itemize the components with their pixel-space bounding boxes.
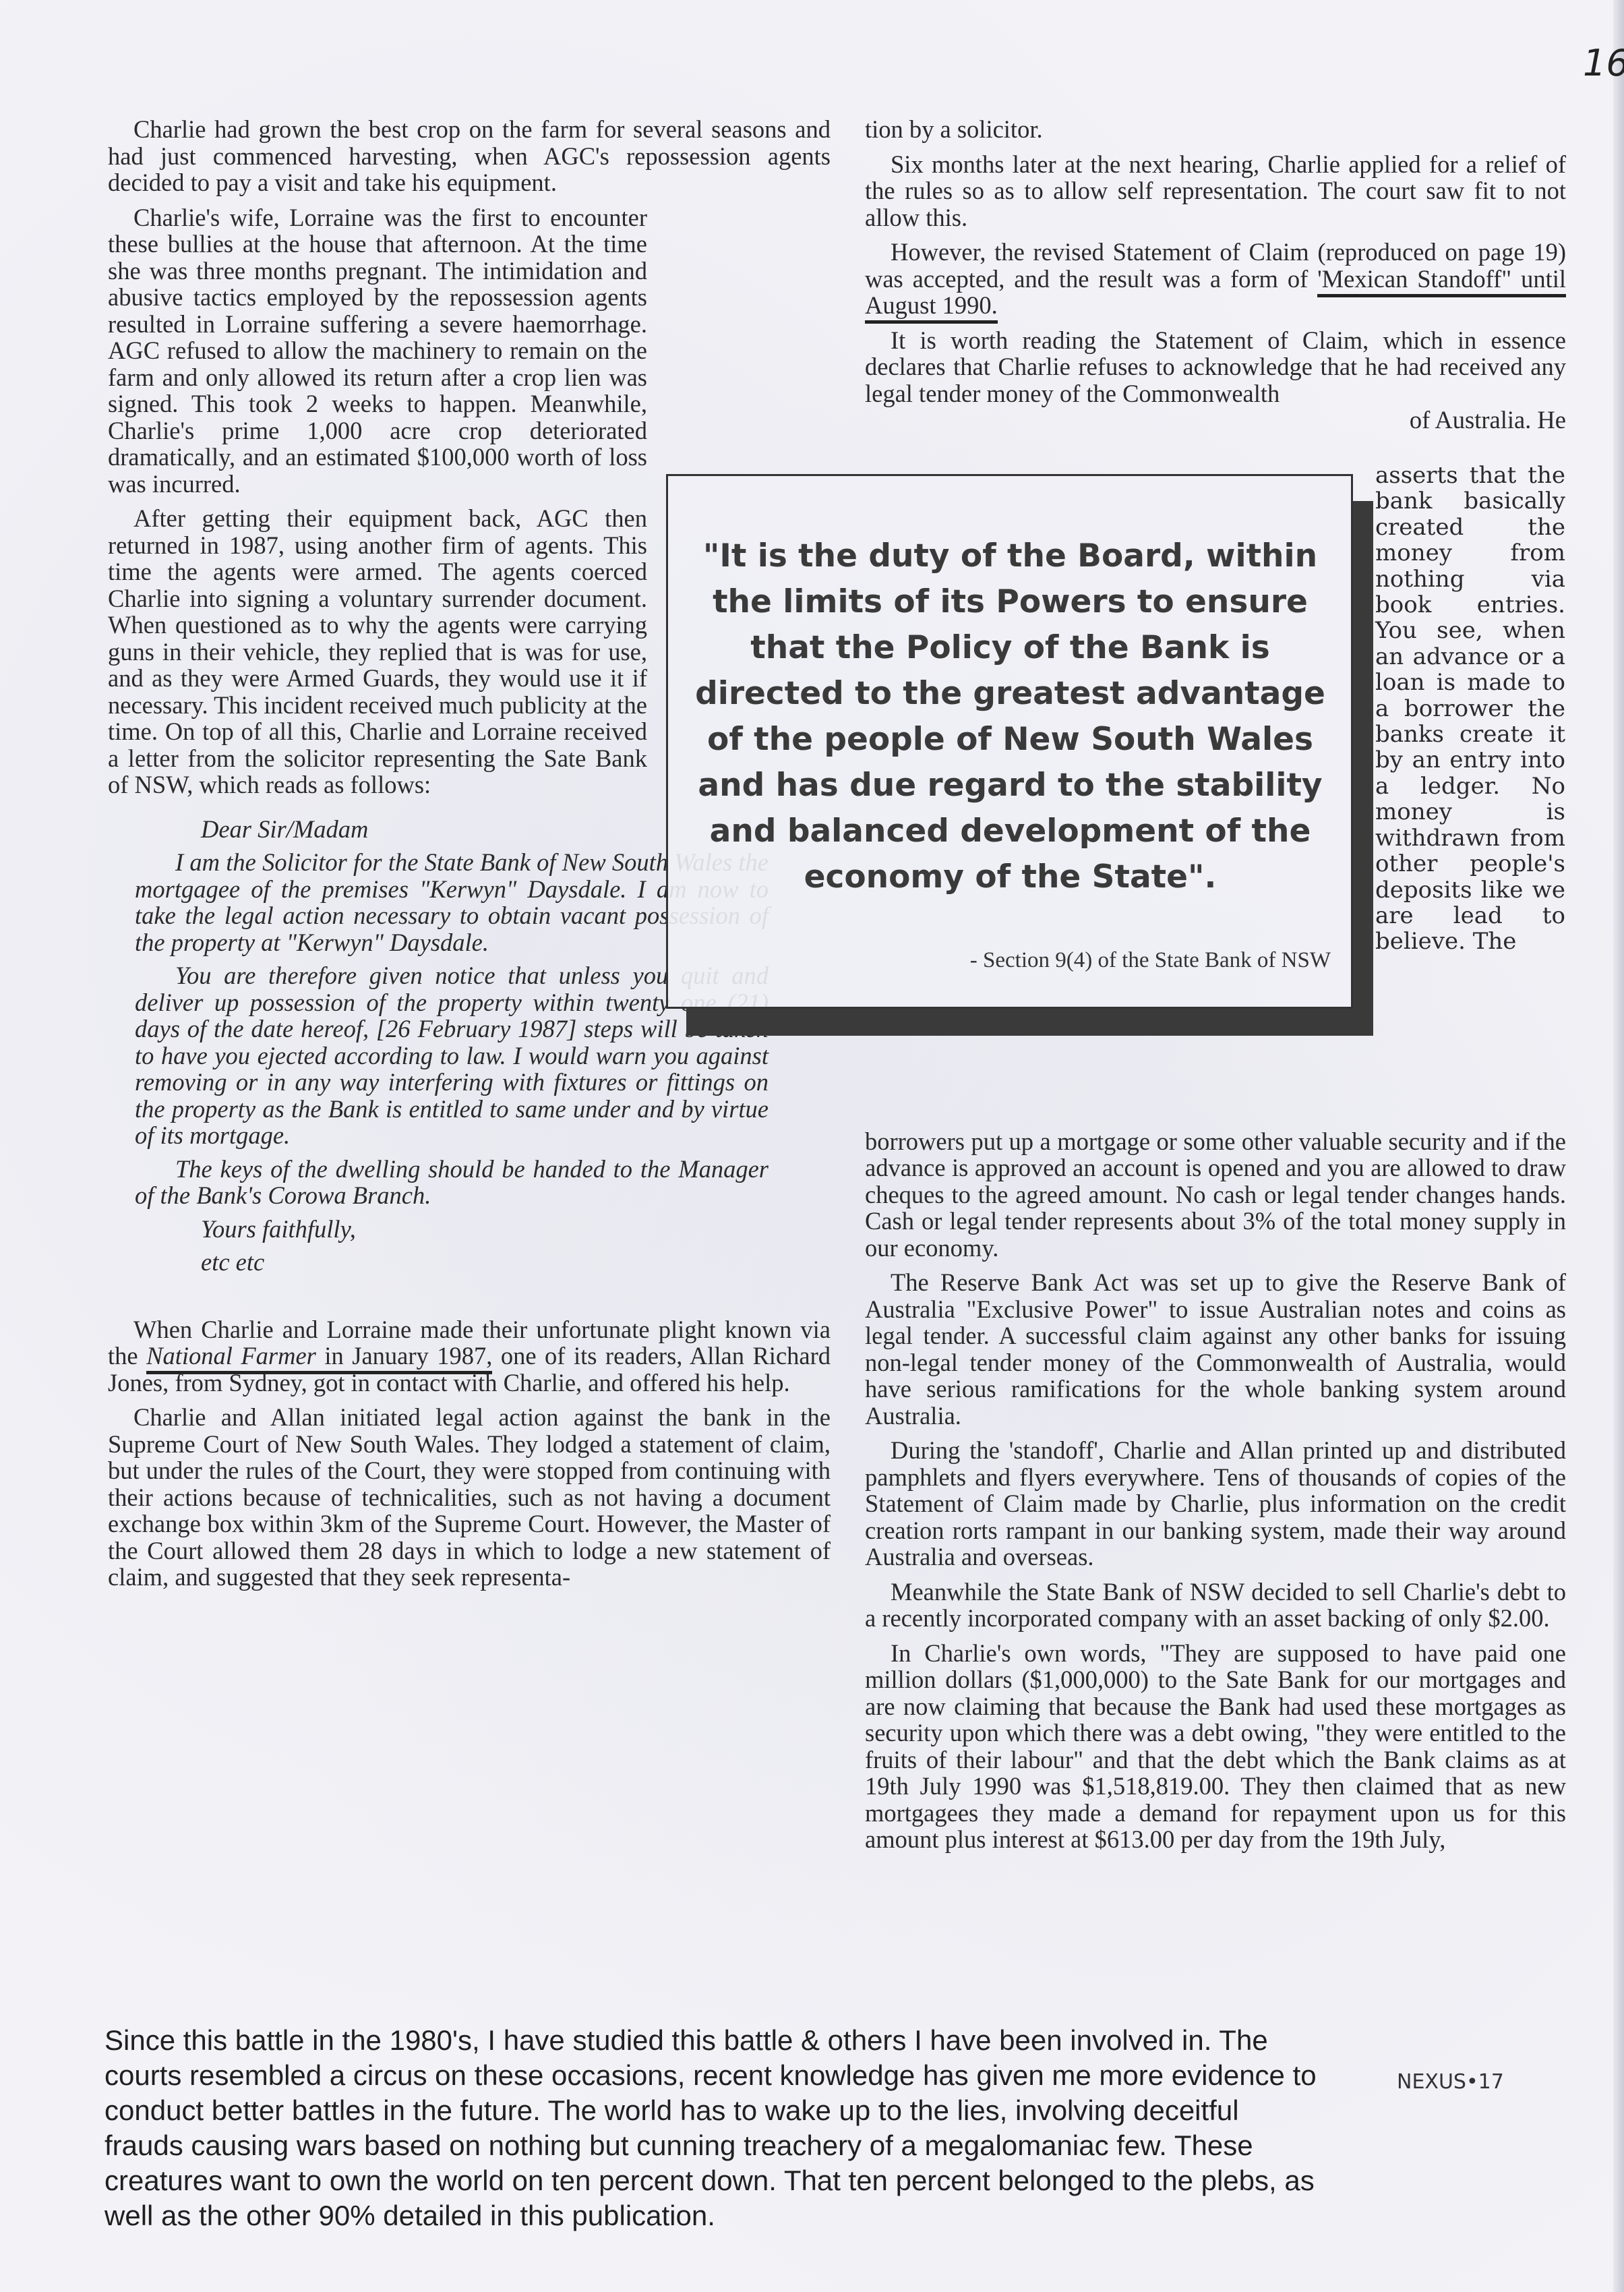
paragraph: Charlie had grown the best crop on the f… xyxy=(108,116,831,196)
paragraph: Meanwhile the State Bank of NSW decided … xyxy=(865,1579,1566,1632)
paragraph: borrowers put up a mortgage or some othe… xyxy=(865,1128,1566,1262)
handwritten-page-number: 16 xyxy=(1583,42,1624,84)
paragraph: When Charlie and Lorraine made their unf… xyxy=(108,1316,831,1397)
wrapped-narrow-text: asserts that the bank basically created … xyxy=(1375,463,1565,955)
line: of Australia. He xyxy=(865,407,1566,434)
letter-closing: Yours faithfully, xyxy=(175,1216,769,1243)
paragraph: The Reserve Bank Act was set up to give … xyxy=(865,1269,1566,1429)
magazine-page-footer: NEXUS•17 xyxy=(1397,2070,1504,2094)
typed-footer-note: Since this battle in the 1980's, I have … xyxy=(104,2023,1318,2233)
paragraph: Charlie's wife, Lorraine was the first t… xyxy=(108,204,647,498)
paragraph: After getting their equipment back, AGC … xyxy=(108,505,647,798)
paragraph: However, the revised Statement of Claim … xyxy=(865,239,1566,319)
letter-paragraph: The keys of the dwelling should be hande… xyxy=(135,1156,769,1209)
scan-edge xyxy=(1613,0,1624,2292)
paragraph: During the 'standoff', Charlie and Allan… xyxy=(865,1437,1566,1570)
publication-name: National Farmer xyxy=(146,1342,316,1370)
pull-quote-source: - Section 9(4) of the State Bank of NSW xyxy=(970,948,1331,973)
letter-signature: etc etc xyxy=(175,1249,769,1276)
pull-quote-text: "It is the duty of the Board, within the… xyxy=(695,533,1325,900)
paragraph: It is worth reading the Statement of Cla… xyxy=(865,327,1566,407)
pull-quote-box: "It is the duty of the Board, within the… xyxy=(666,474,1353,1009)
paragraph: Charlie and Allan initiated legal action… xyxy=(108,1404,831,1591)
paragraph: tion by a solicitor. xyxy=(865,116,1566,143)
paragraph: Six months later at the next hearing, Ch… xyxy=(865,151,1566,231)
paragraph: In Charlie's own words, "They are suppos… xyxy=(865,1640,1566,1853)
